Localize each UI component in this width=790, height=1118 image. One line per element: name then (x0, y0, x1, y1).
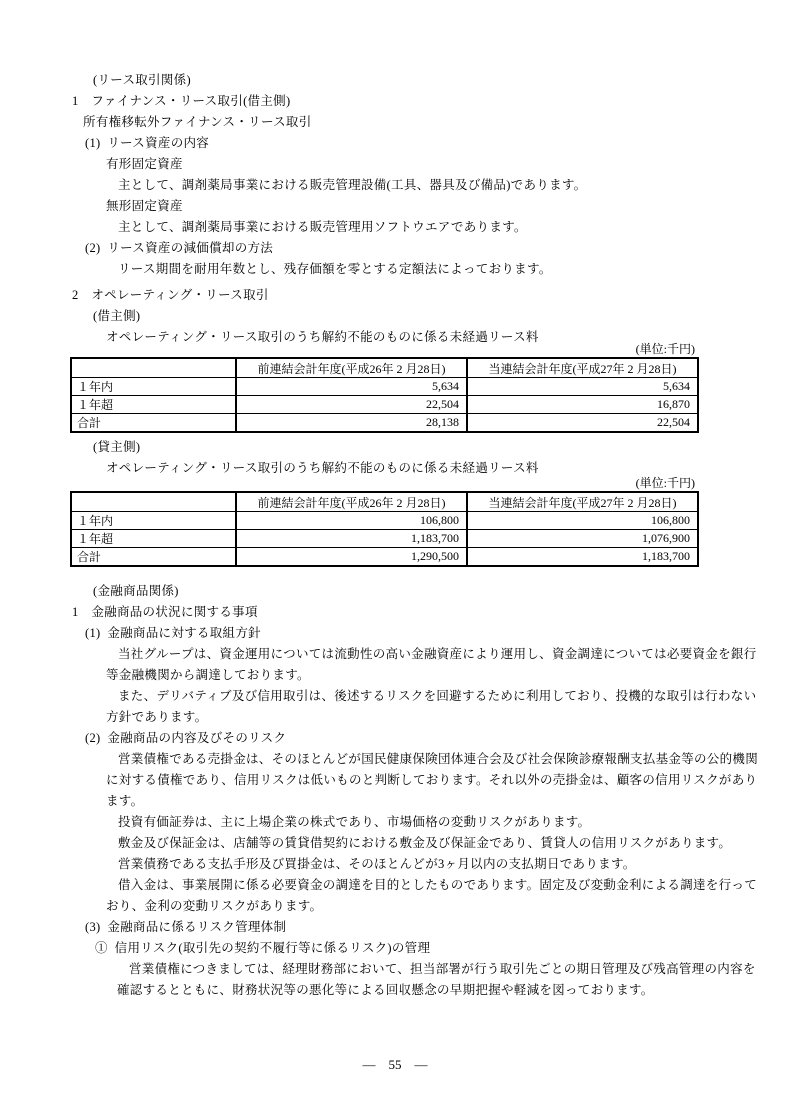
text-line: 無形固定資産 (0, 196, 790, 217)
table-row: 合計1,290,5001,183,700 (71, 548, 698, 567)
operating-lease-lessor-section: (貸主側)オペレーティング・リース取引のうち解約不能のものに係る未経過リース料 (0, 437, 790, 479)
text-line: (3) 金融商品に係るリスク管理体制 (0, 917, 790, 938)
row-label-cell: 合計 (71, 548, 236, 567)
table-header-cell: 前連結会計年度(平成26年 2 月28日) (236, 358, 467, 378)
row-label-cell: １年内 (71, 378, 236, 396)
text-line: 1 金融商品の状況に関する事項 (0, 602, 790, 623)
operating-lease-lessor-table: 前連結会計年度(平成26年 2 月28日)当連結会計年度(平成27年 2 月28… (70, 491, 699, 567)
text-line: 投資有価証券は、主に上場企業の株式であり、市場価格の変動リスクがあります。 (0, 812, 790, 833)
value-cell: 28,138 (236, 414, 467, 433)
value-cell: 106,800 (467, 512, 698, 530)
text-line: (貸主側) (0, 437, 790, 458)
table-header-row: 前連結会計年度(平成26年 2 月28日)当連結会計年度(平成27年 2 月28… (71, 492, 698, 512)
text-line: 当社グループは、資金運用については流動性の高い金融資産により運用し、資金調達につ… (0, 644, 790, 665)
text-line: 主として、調剤薬局事業における販売管理用ソフトウエアであります。 (0, 217, 790, 238)
text-line: 営業債権である売掛金は、そのほとんどが国民健康保険団体連合会及び社会保険診療報酬… (0, 749, 790, 770)
text-line: ① 信用リスク(取引先の契約不履行等に係るリスク)の管理 (0, 938, 790, 959)
text-line: 有形固定資産 (0, 154, 790, 175)
value-cell: 22,504 (236, 396, 467, 414)
unit-label-borrower: (単位:千円) (70, 342, 695, 356)
value-cell: 16,870 (467, 396, 698, 414)
operating-lease-borrower-table: 前連結会計年度(平成26年 2 月28日)当連結会計年度(平成27年 2 月28… (70, 357, 699, 433)
text-line: 敷金及び保証金は、店舗等の賃貸借契約における敷金及び保証金であり、賃貸人の信用リ… (0, 833, 790, 854)
row-label-cell: １年内 (71, 512, 236, 530)
table-row: １年超1,183,7001,076,900 (71, 530, 698, 548)
document-page: (リース取引関係)1 ファイナンス・リース取引(借主側)所有権移転外ファイナンス… (0, 0, 790, 1118)
unit-label-lessor: (単位:千円) (70, 476, 695, 490)
value-cell: 1,183,700 (467, 548, 698, 567)
value-cell: 5,634 (236, 378, 467, 396)
text-line: 主として、調剤薬局事業における販売管理設備(工具、器具及び備品)であります。 (0, 175, 790, 196)
text-line: 方針であります。 (0, 707, 790, 728)
text-line: おり、金利の変動リスクがあります。 (0, 896, 790, 917)
table-row: 合計28,13822,504 (71, 414, 698, 433)
text-line: リース期間を耐用年数とし、残存価額を零とする定額法によっております。 (0, 259, 790, 280)
table-header-cell: 当連結会計年度(平成27年 2 月28日) (467, 492, 698, 512)
row-label-cell: 合計 (71, 414, 236, 433)
table-header-cell (71, 358, 236, 378)
text-line: また、デリバティブ及び信用取引は、後述するリスクを回避するために利用しており、投… (0, 686, 790, 707)
text-line: (リース取引関係) (0, 70, 790, 91)
table-header-cell: 前連結会計年度(平成26年 2 月28日) (236, 492, 467, 512)
text-line: 営業債権につきましては、経理財務部において、担当部署が行う取引先ごとの期日管理及… (0, 959, 790, 980)
value-cell: 106,800 (236, 512, 467, 530)
value-cell: 1,076,900 (467, 530, 698, 548)
text-line: 借入金は、事業展開に係る必要資金の調達を目的としたものであります。固定及び変動金… (0, 875, 790, 896)
row-label-cell: １年超 (71, 396, 236, 414)
value-cell: 1,290,500 (236, 548, 467, 567)
text-line: 確認するとともに、財務状況等の悪化等による回収懸念の早期把握や軽減を図っておりま… (0, 980, 790, 1001)
page-number: ― 55 ― (0, 1056, 790, 1074)
text-line: ます。 (0, 791, 790, 812)
text-line: 所有権移転外ファイナンス・リース取引 (0, 112, 790, 133)
value-cell: 1,183,700 (236, 530, 467, 548)
text-line: に対する債権であり、信用リスクは低いものと判断しております。それ以外の売掛金は、… (0, 770, 790, 791)
text-line: (2) 金融商品の内容及びそのリスク (0, 728, 790, 749)
table-row: １年内106,800106,800 (71, 512, 698, 530)
table-row: １年内5,6345,634 (71, 378, 698, 396)
value-cell: 22,504 (467, 414, 698, 433)
text-line: (1) 金融商品に対する取組方針 (0, 623, 790, 644)
row-label-cell: １年超 (71, 530, 236, 548)
text-line: (2) リース資産の減価償却の方法 (0, 238, 790, 259)
text-line: 2 オペレーティング・リース取引 (0, 285, 790, 306)
operating-lease-borrower-section: 2 オペレーティング・リース取引(借主側)オペレーティング・リース取引のうち解約… (0, 285, 790, 348)
table-row: １年超22,50416,870 (71, 396, 698, 414)
financial-instruments-section: (金融商品関係)1 金融商品の状況に関する事項(1) 金融商品に対する取組方針当… (0, 581, 790, 1001)
text-line: (金融商品関係) (0, 581, 790, 602)
table-header-row: 前連結会計年度(平成26年 2 月28日)当連結会計年度(平成27年 2 月28… (71, 358, 698, 378)
text-line: 営業債務である支払手形及び買掛金は、そのほとんどが3ヶ月以内の支払期日であります… (0, 854, 790, 875)
text-line: (1) リース資産の内容 (0, 133, 790, 154)
finance-lease-section: (リース取引関係)1 ファイナンス・リース取引(借主側)所有権移転外ファイナンス… (0, 70, 790, 280)
value-cell: 5,634 (467, 378, 698, 396)
text-line: 1 ファイナンス・リース取引(借主側) (0, 91, 790, 112)
table-header-cell: 当連結会計年度(平成27年 2 月28日) (467, 358, 698, 378)
text-line: (借主側) (0, 306, 790, 327)
text-line: 等金融機関から調達しております。 (0, 665, 790, 686)
table-header-cell (71, 492, 236, 512)
